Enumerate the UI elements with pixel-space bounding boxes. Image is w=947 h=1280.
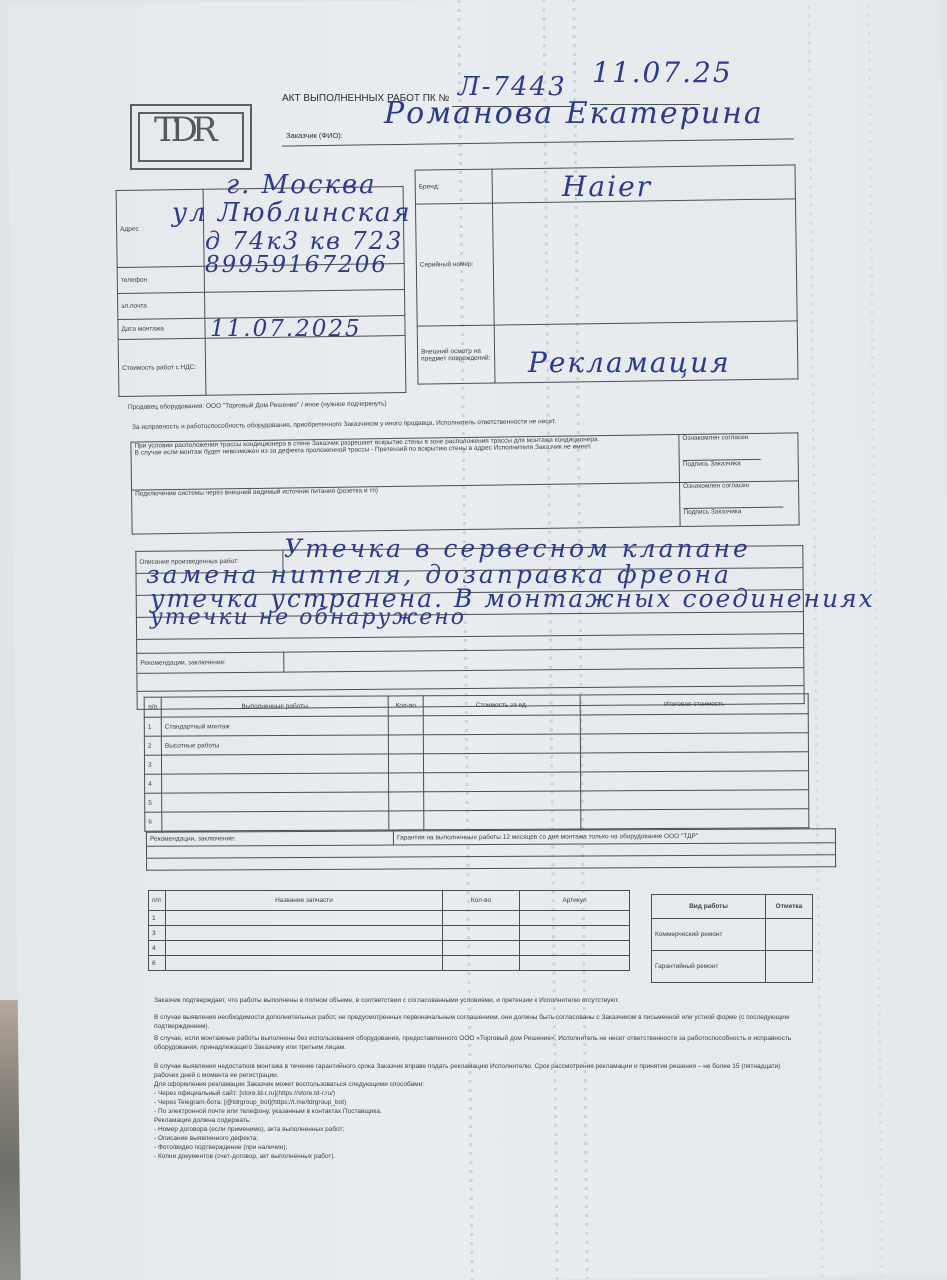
- table-cell[interactable]: [162, 773, 389, 793]
- col-header: п/п: [149, 891, 166, 911]
- work-description-line-4: утечки не обнаружено: [150, 605, 466, 630]
- customer-name: Романова Екатерина: [384, 96, 764, 131]
- table-cell[interactable]: [581, 790, 809, 810]
- table-cell[interactable]: [520, 956, 630, 971]
- claims-line: - По электронной почте или телефону, ука…: [154, 1107, 804, 1116]
- scan-streak: [867, 0, 883, 1276]
- sign-label: Подпись Заказчика: [683, 459, 795, 468]
- signature-field[interactable]: [683, 489, 783, 509]
- row-number: 1: [149, 911, 166, 926]
- claims-line: В случае выявления недостатков монтажа в…: [154, 1062, 804, 1080]
- works-table: п/п Выполненные работы Кол-во Стоимость …: [144, 693, 810, 831]
- claims-line: Рекламация должна содержать:: [154, 1116, 804, 1125]
- footer-paragraph: Заказчик подтверждает, что работы выполн…: [154, 996, 804, 1005]
- table-cell[interactable]: [389, 811, 424, 830]
- table-cell[interactable]: [580, 752, 808, 772]
- claims-line: - Фото/видео подтверждение (при наличии)…: [154, 1143, 804, 1152]
- warranty-table: Рекомендации, заключение:Гарантия на вып…: [146, 828, 836, 871]
- brand-label: Бренд:: [415, 169, 492, 204]
- col-header: Стоимость за ед.: [423, 695, 580, 716]
- table-cell[interactable]: [166, 911, 443, 926]
- address-value-1: г. Москва: [226, 172, 377, 198]
- row-number: 4: [145, 774, 162, 793]
- row-number: 6: [145, 812, 162, 831]
- table-cell[interactable]: [520, 941, 630, 956]
- inspection-value: Рекламация: [528, 346, 731, 379]
- table-cell[interactable]: [580, 733, 808, 753]
- col-header: Название запчасти: [166, 891, 443, 911]
- serial-label: Серийный номер:: [415, 203, 494, 326]
- work-type-warranty: Гарантийный ремонт: [652, 951, 766, 983]
- table-cell[interactable]: [161, 754, 388, 774]
- col-header: Артикул: [520, 891, 630, 911]
- footer-text: Заказчик подтверждает, что работы выполн…: [154, 996, 804, 1161]
- brand-value: Haier: [562, 170, 652, 203]
- table-cell[interactable]: [162, 811, 389, 831]
- recommendations-label: Рекомендации, заключение:: [146, 831, 393, 846]
- condition-text: При условии расположения трассы кондицио…: [131, 435, 680, 491]
- act-date: 11.07.25: [592, 56, 733, 89]
- conditions-table: При условии расположения трассы кондицио…: [130, 432, 799, 534]
- footer-paragraph: В случае, если монтажные работы выполнен…: [154, 1034, 834, 1052]
- col-header: п/п: [144, 697, 161, 717]
- table-cell[interactable]: [443, 926, 520, 941]
- col-header: Отметка: [766, 895, 813, 919]
- table-cell[interactable]: Стандартный монтаж: [161, 716, 388, 736]
- condition-text: Подключение системы через внешний видимы…: [132, 483, 681, 535]
- recommendations-label: Рекомендации, заключение:: [137, 652, 284, 673]
- table-cell[interactable]: [443, 941, 520, 956]
- table-cell[interactable]: [443, 956, 520, 971]
- work-type-commercial: Коммерческий ремонт: [652, 919, 766, 951]
- table-cell[interactable]: [389, 773, 424, 792]
- signature-field[interactable]: [682, 441, 760, 461]
- col-header: Итоговая стоимость: [580, 694, 808, 715]
- claims-line: - Описание выявленного дефекта;: [154, 1134, 804, 1143]
- table-cell[interactable]: [166, 941, 443, 956]
- table-cell[interactable]: [424, 772, 581, 792]
- table-row: 6: [149, 956, 630, 971]
- customer-label: Заказчик (ФИО):: [286, 131, 343, 140]
- table-cell[interactable]: [424, 791, 581, 811]
- claims-line: - Копии документов (счет-договор, акт вы…: [154, 1152, 804, 1161]
- table-row: 3: [149, 926, 630, 941]
- scan-streak: [807, 0, 823, 1276]
- table-cell[interactable]: [424, 810, 581, 830]
- table-row: 1: [149, 911, 630, 926]
- claims-line: - Через Telegram-бота: [@tdrgroup_bot](h…: [154, 1098, 804, 1107]
- install-date-label: Дата монтажа: [118, 318, 205, 339]
- table-cell[interactable]: Высотные работы: [161, 735, 388, 755]
- table-cell[interactable]: [423, 753, 580, 773]
- table-cell[interactable]: [443, 911, 520, 926]
- table-cell[interactable]: [388, 754, 423, 773]
- email-label: эл.почта: [118, 292, 205, 319]
- mark-warranty-checkbox[interactable]: [766, 951, 813, 983]
- table-cell[interactable]: [580, 714, 808, 734]
- table-cell[interactable]: [581, 809, 809, 829]
- row-number: 4: [149, 941, 166, 956]
- table-cell[interactable]: [520, 911, 630, 926]
- claims-line: - Номер договора (если применимо), акта …: [154, 1125, 804, 1134]
- cost-label: Стоимость работ с НДС:: [118, 338, 206, 396]
- table-cell[interactable]: [388, 735, 423, 754]
- address-value-3: д 74к3 кв 723: [205, 228, 403, 254]
- phone-label: телефон: [117, 266, 204, 293]
- footer-paragraph: В случае выявления необходимости дополни…: [154, 1013, 794, 1031]
- table-cell[interactable]: [520, 926, 630, 941]
- table-cell[interactable]: [162, 792, 389, 812]
- table-cell[interactable]: [388, 716, 423, 735]
- claims-section: В случае выявления недостатков монтажа в…: [154, 1062, 804, 1161]
- claims-line: - Через официальный сайт: [store.td-r.ru…: [154, 1089, 804, 1098]
- row-number: 1: [144, 717, 161, 736]
- inspection-label: Внешний осмотр на предмет повреждений:: [417, 325, 495, 384]
- col-header: Вид работы: [652, 895, 766, 919]
- row-number: 3: [144, 755, 161, 774]
- table-cell[interactable]: [423, 715, 580, 735]
- col-header: Кол-во: [388, 696, 423, 716]
- cost-field[interactable]: [205, 335, 406, 395]
- table-cell[interactable]: [166, 956, 443, 971]
- agree-label: Ознакомлен согласен: [682, 433, 794, 442]
- row-number: 2: [144, 736, 161, 755]
- mark-commercial-checkbox[interactable]: [766, 919, 813, 951]
- email-field[interactable]: [205, 289, 405, 318]
- table-cell[interactable]: [389, 792, 424, 811]
- address-value-2: ул Люблинская: [172, 200, 412, 226]
- serial-field[interactable]: [492, 199, 797, 325]
- phone-value: 89959167206: [205, 252, 388, 278]
- work-type-table: Вид работыОтметка Коммерческий ремонт Га…: [651, 894, 813, 983]
- tdr-logo-icon: TDR: [130, 104, 252, 170]
- work-description-line-1: Утечка в сервесном клапане: [284, 534, 751, 563]
- table-cell[interactable]: [423, 734, 580, 754]
- table-row: 4: [149, 941, 630, 956]
- col-header: Кол-во: [443, 891, 520, 911]
- sign-label: Подпись Заказчика: [683, 507, 795, 516]
- row-number: 5: [145, 793, 162, 812]
- parts-table: п/п Название запчасти Кол-во Артикул 134…: [148, 890, 630, 971]
- table-cell[interactable]: [166, 926, 443, 941]
- claims-line: Для оформления рекламации Заказчик может…: [154, 1080, 804, 1089]
- table-cell[interactable]: [581, 771, 809, 791]
- install-date-value: 11.07.2025: [210, 316, 362, 342]
- row-number: 3: [149, 926, 166, 941]
- col-header: Выполненные работы: [161, 696, 388, 717]
- row-number: 6: [149, 956, 166, 971]
